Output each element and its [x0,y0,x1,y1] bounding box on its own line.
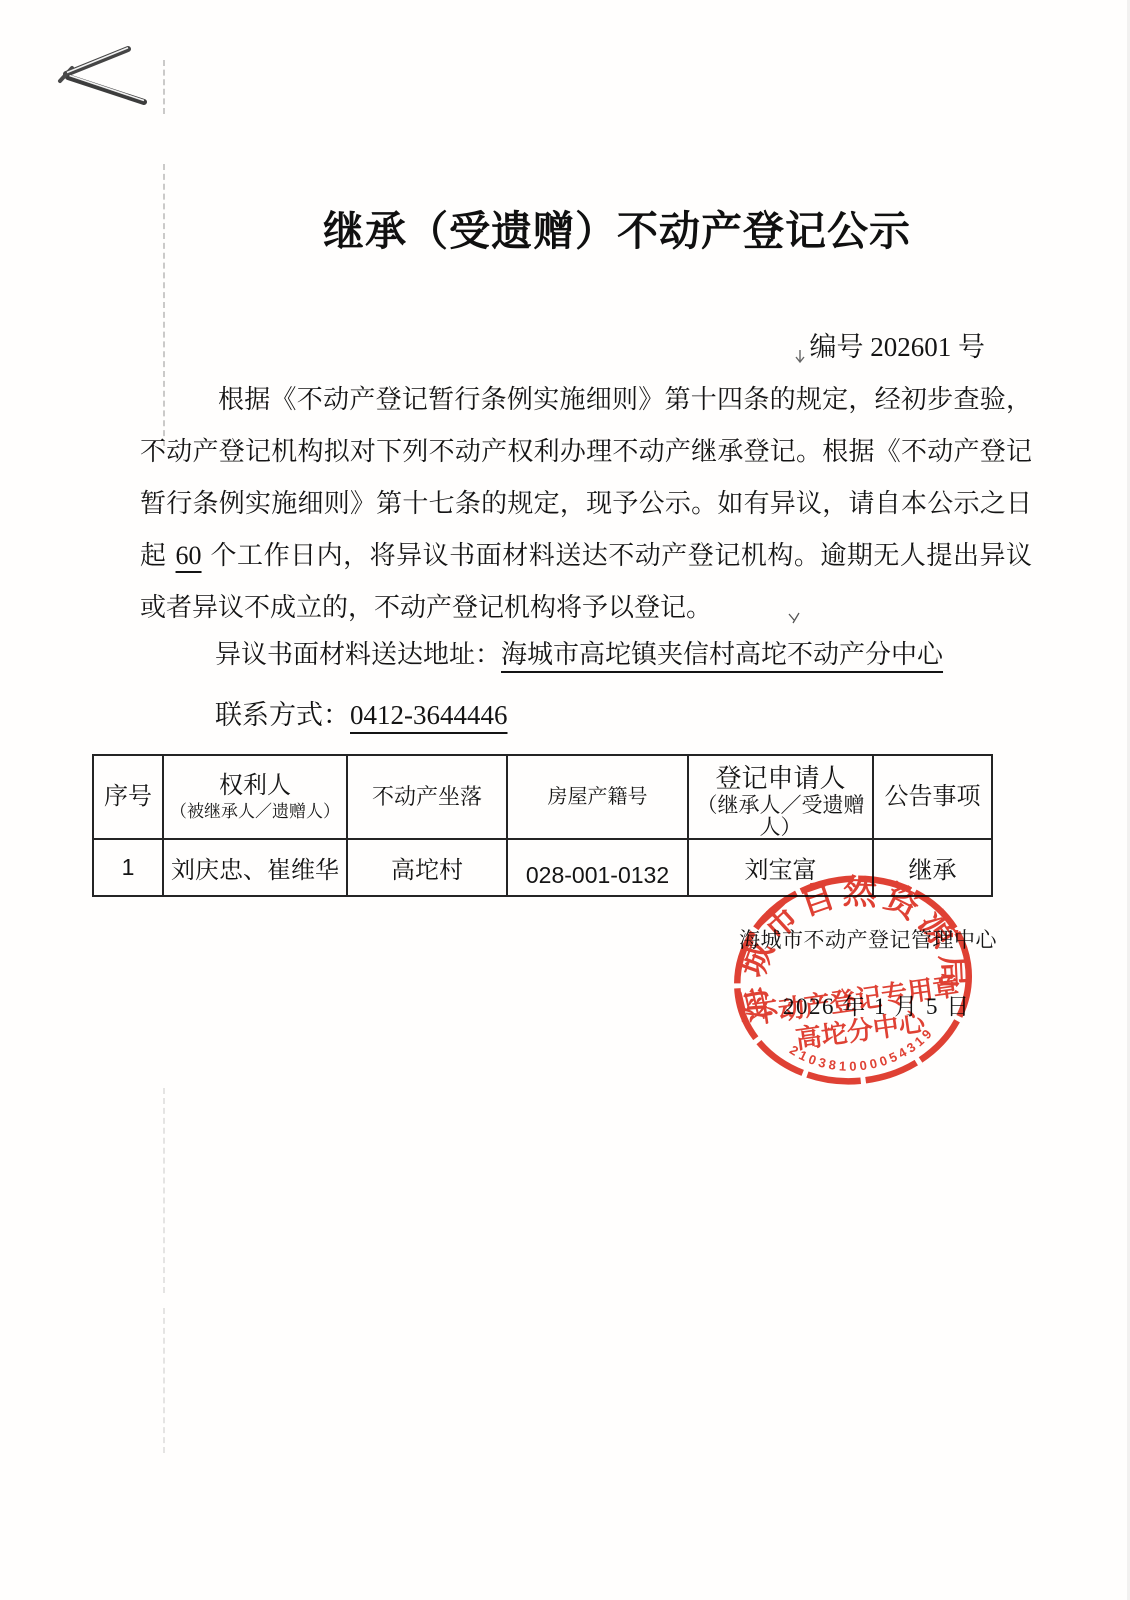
objection-address-line: 异议书面材料送达地址：海城市高坨镇夹信村高坨不动产分中心 [215,630,1070,680]
paragraph-part2: 个工作日内，将异议书面材料送达不动产登记机构。逾期无人提出异议或者异议不成立的，… [140,541,1032,622]
header-right-holder: 权利人 （被继承人／遗赠人） [163,755,347,839]
page-title: 继承（受遗赠）不动产登记公示 [52,198,1130,257]
objection-days: 60 [174,541,204,570]
scan-mark [787,612,801,624]
cell-seq: 1 [93,839,163,896]
scan-fold-line [163,60,165,114]
cell-house-id: 028-001-0132 [507,839,688,896]
header-location: 不动产坐落 [347,755,507,839]
contact-label: 联系方式： [215,700,350,730]
document-number: 编号 202601 号 [0,325,1130,364]
header-seq: 序号 [93,755,163,839]
scan-mark [793,348,807,366]
cell-right-holder: 刘庆忠、崔维华 [163,839,347,896]
notice-paragraph: 根据《不动产登记暂行条例实施细则》第十四条的规定，经初步查验，不动产登记机构拟对… [140,374,1032,634]
scan-fold-line [163,1308,165,1453]
cell-location: 高坨村 [347,839,507,896]
official-stamp: 海城市自然资源局 不动产登记专用章 高坨分中心 210381000054319 [712,851,995,1108]
address-value: 海城市高坨镇夹信村高坨不动产分中心 [501,640,943,669]
scan-fold-line [163,1088,165,1293]
contact-line: 联系方式：0412-3644446 [215,692,1032,738]
contact-value: 0412-3644446 [350,700,508,730]
paperclip-artifact [52,36,162,114]
header-applicant: 登记申请人 （继承人／受遗赠人） [688,755,873,839]
address-label: 异议书面材料送达地址： [215,640,501,669]
table-header-row: 序号 权利人 （被继承人／遗赠人） 不动产坐落 房屋产籍号 登记申请人 （继承人… [93,755,992,839]
header-house-id: 房屋产籍号 [507,755,688,839]
header-matter: 公告事项 [873,755,992,839]
scanned-notice-page: 继承（受遗赠）不动产登记公示 编号 202601 号 根据《不动产登记暂行条例实… [0,0,1130,1600]
